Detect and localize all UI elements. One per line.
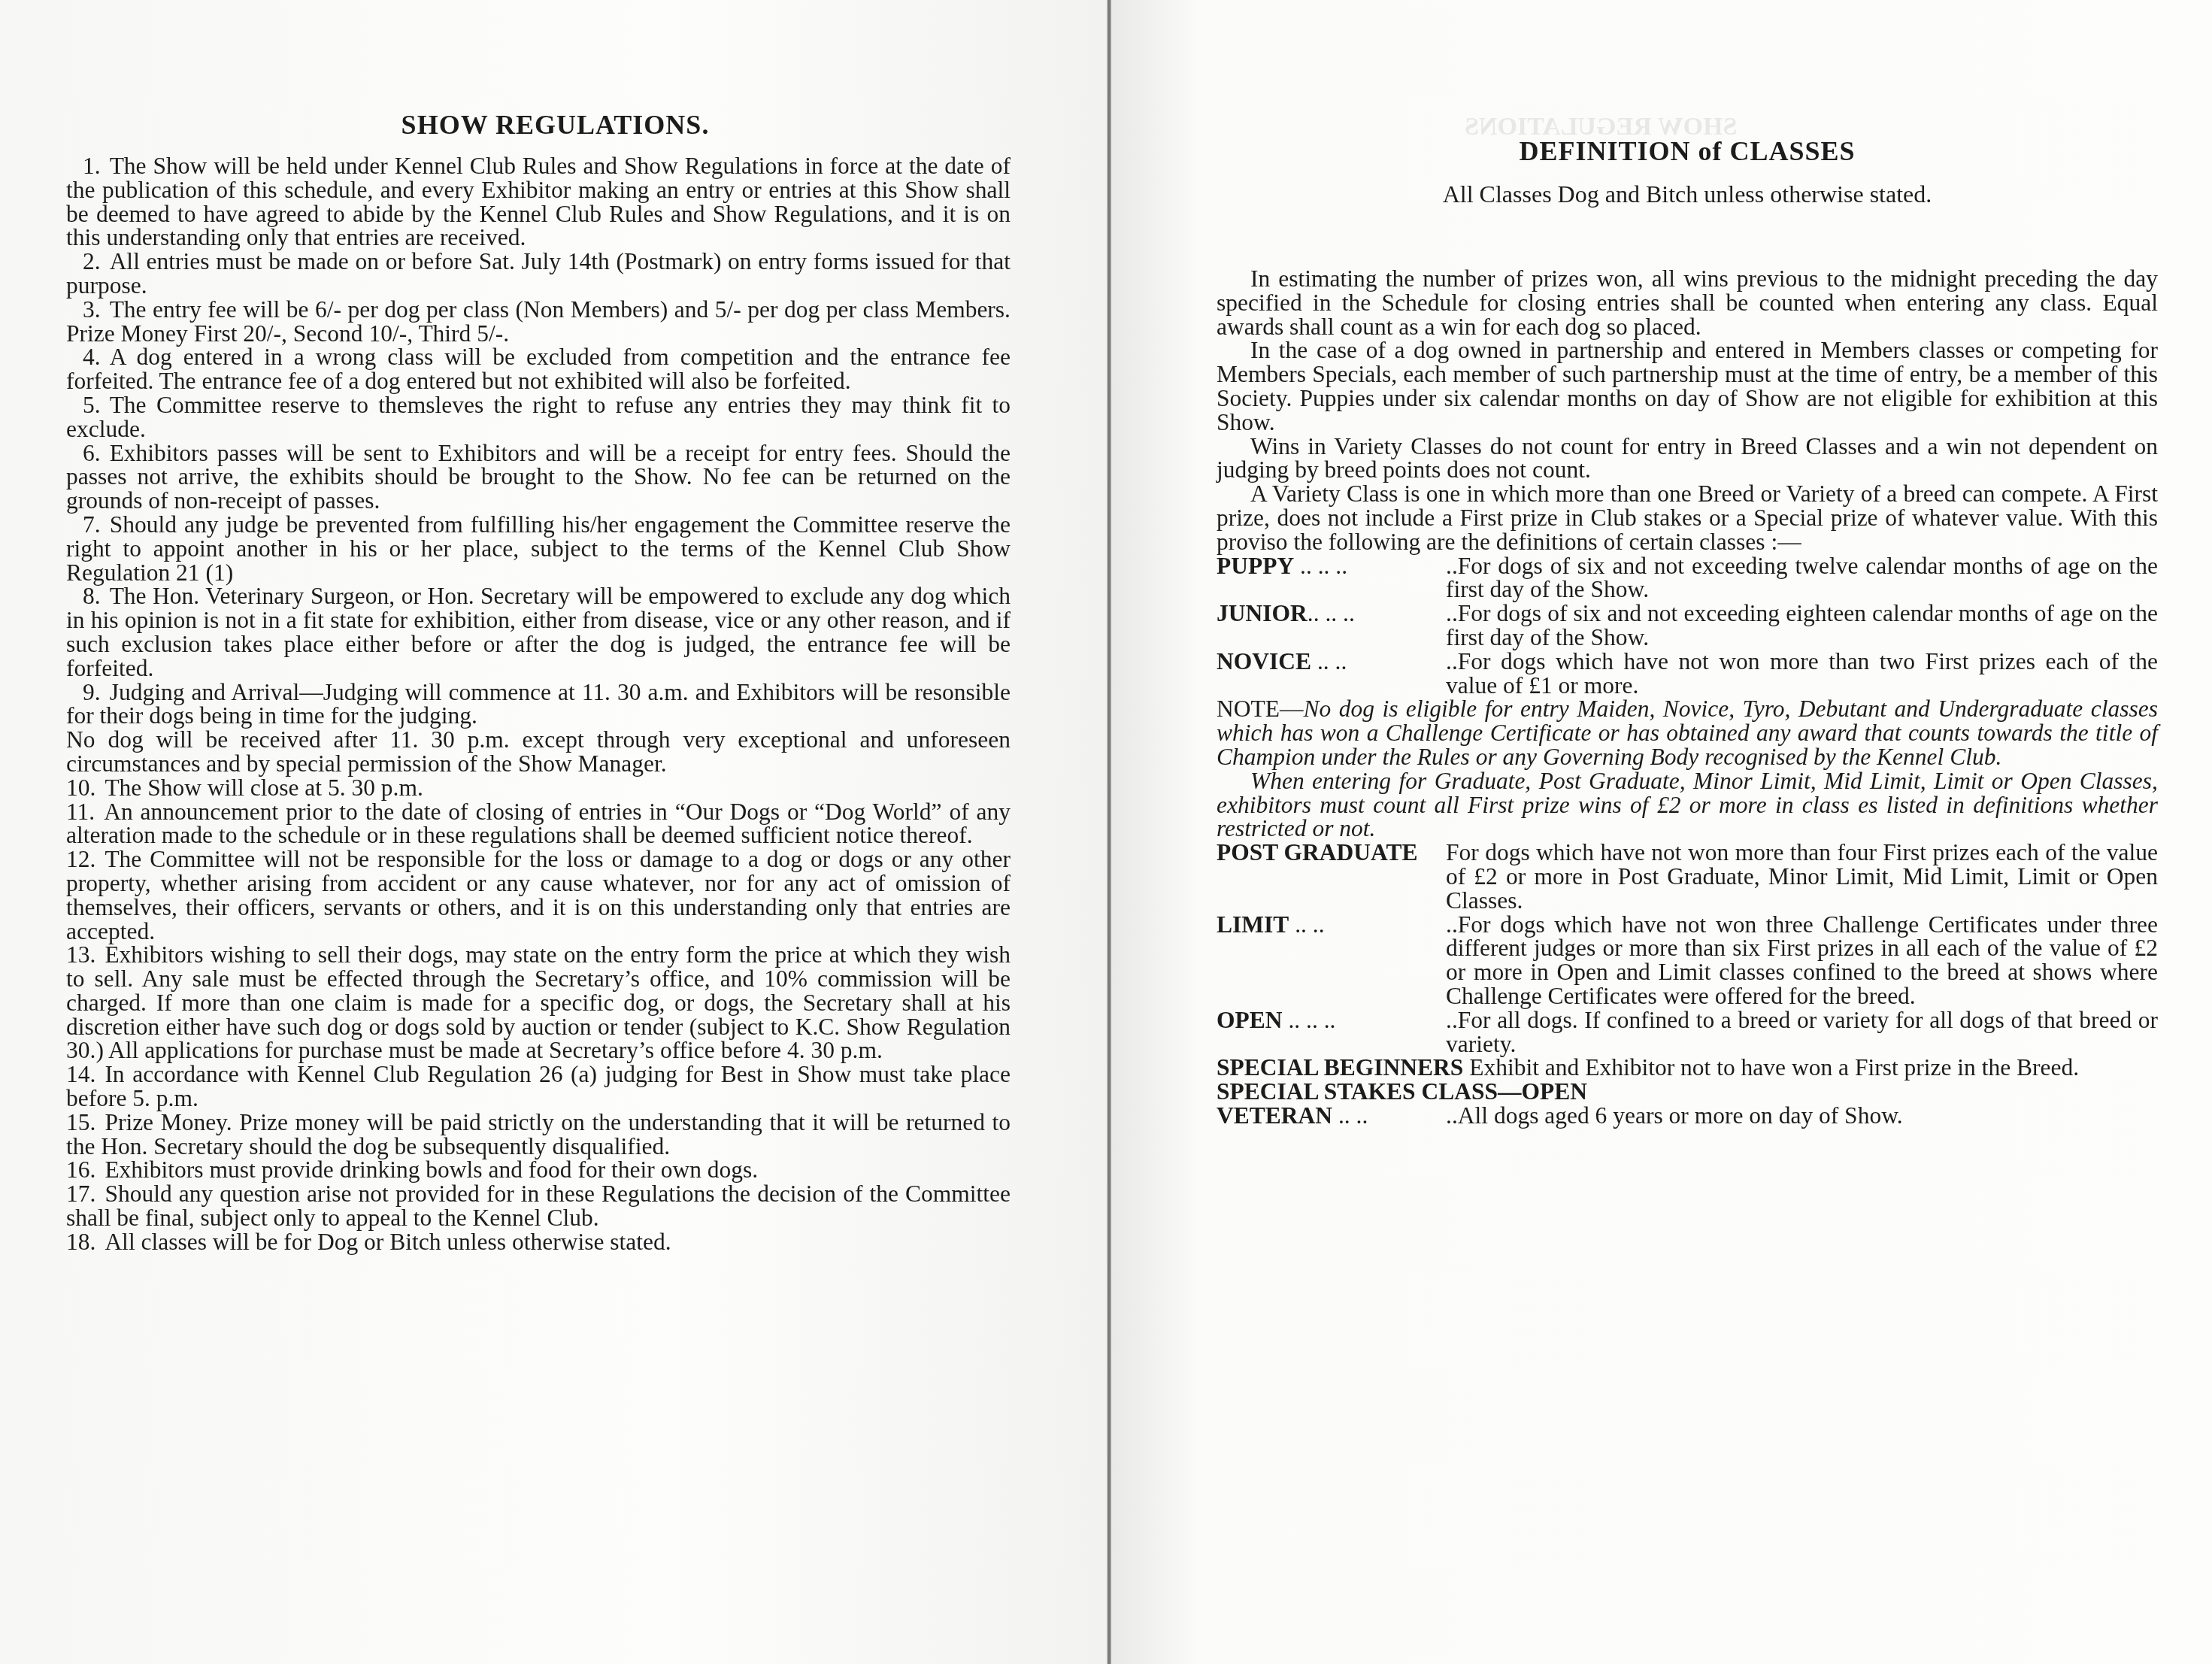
definition-of-classes-section: DEFINITION of CLASSES All Classes Dog an… <box>1217 135 2158 1128</box>
regulation-number: 14. <box>66 1062 95 1087</box>
regulation-number: 7. <box>83 513 101 537</box>
definition-description: ..For dogs of six and not exceeding eigh… <box>1446 602 2158 650</box>
italic-paragraph: When entering for Graduate, Post Graduat… <box>1217 769 2158 841</box>
right-page: SHOW REGULATIONS DEFINITION of CLASSES A… <box>1111 0 2212 1664</box>
regulation-text: The Committee will not be responsible fo… <box>66 846 1011 944</box>
regulation-item: 16.Exhibitors must provide drinking bowl… <box>66 1158 1011 1182</box>
regulation-text: Exhibitors passes will be sent to Exhibi… <box>66 440 1011 514</box>
document-spread: SHOW REGULATIONS. 1.The Show will be hel… <box>0 0 2212 1664</box>
definition-term: OPEN .. .. .. <box>1217 1008 1446 1056</box>
definition-novice: NOVICE .. ....For dogs which have not wo… <box>1217 650 2158 698</box>
regulation-item: 2.All entries must be made on or before … <box>66 250 1011 298</box>
definition-term: PUPPY .. .. .. <box>1217 554 1446 602</box>
note-text: No dog is eligible for entry Maiden, Nov… <box>1217 696 2158 770</box>
regulation-number: 5. <box>83 393 101 417</box>
regulation-item: 5.The Committee reserve to themsleves th… <box>66 393 1011 441</box>
definition-description: For dogs which have not won more than fo… <box>1446 841 2158 912</box>
definition-junior: JUNIOR.. .. ....For dogs of six and not … <box>1217 602 2158 650</box>
definition-description: ..All dogs aged 6 years or more on day o… <box>1446 1104 2158 1128</box>
regulation-text: Exhibitors must provide drinking bowls a… <box>105 1156 758 1183</box>
definition-limit: LIMIT .. ....For dogs which have not won… <box>1217 913 2158 1008</box>
left-page: SHOW REGULATIONS. 1.The Show will be hel… <box>0 0 1111 1664</box>
regulation-text: The Show will close at 5. 30 p.m. <box>105 774 423 801</box>
regulation-item: 8.The Hon. Veterinary Surgeon, or Hon. S… <box>66 584 1011 680</box>
definition-puppy: PUPPY .. .. ....For dogs of six and not … <box>1217 554 2158 602</box>
definition-veteran: VETERAN .. .. ..All dogs aged 6 years or… <box>1217 1104 2158 1128</box>
regulation-text: A dog entered in a wrong class will be e… <box>66 344 1011 394</box>
definition-term: JUNIOR.. .. .. <box>1217 602 1446 650</box>
regulation-item: 3.The entry fee will be 6/- per dog per … <box>66 298 1011 346</box>
regulation-text: The Committee reserve to themsleves the … <box>66 392 1011 442</box>
regulation-number: 9. <box>83 680 101 705</box>
regulation-item: 18.All classes will be for Dog or Bitch … <box>66 1230 1011 1254</box>
regulation-text: All entries must be made on or before Sa… <box>66 248 1011 299</box>
note-paragraph: NOTE—No dog is eligible for entry Maiden… <box>1217 697 2158 768</box>
intro-paragraph: A Variety Class is one in which more tha… <box>1217 482 2158 553</box>
regulation-item: 1.The Show will be held under Kennel Clu… <box>66 154 1011 250</box>
regulation-text: Prize Money. Prize money will be paid st… <box>66 1109 1011 1159</box>
definition-post-graduate: POST GRADUATEFor dogs which have not won… <box>1217 841 2158 912</box>
regulation-number: 15. <box>66 1111 95 1135</box>
regulation-item: 6.Exhibitors passes will be sent to Exhi… <box>66 441 1011 513</box>
definition-special-beginners: SPECIAL BEGINNERS Exhibit and Exhibitor … <box>1217 1056 2158 1080</box>
regulation-text: In accordance with Kennel Club Regulatio… <box>66 1061 1011 1111</box>
regulation-number: 8. <box>83 584 101 608</box>
regulation-number: 1. <box>83 154 101 178</box>
rules-list: 1.The Show will be held under Kennel Clu… <box>66 154 1011 1254</box>
regulation-text: The entry fee will be 6/- per dog per cl… <box>66 296 1011 347</box>
regulation-item: 9.Judging and Arrival—Judging will comme… <box>66 680 1011 729</box>
regulation-number: 2. <box>83 250 101 274</box>
note-label: NOTE— <box>1217 696 1303 722</box>
regulation-number: 16. <box>66 1158 95 1182</box>
show-regulations-section: SHOW REGULATIONS. 1.The Show will be hel… <box>66 109 1011 1254</box>
regulation-item: 17.Should any question arise not provide… <box>66 1182 1011 1230</box>
regulation-text: Should any judge be prevented from fulfi… <box>66 511 1011 586</box>
definition-open: OPEN .. .. ....For all dogs. If confined… <box>1217 1008 2158 1056</box>
intro-paragraphs: In estimating the number of prizes won, … <box>1217 267 2158 554</box>
section-subtitle: All Classes Dog and Bitch unless otherwi… <box>1217 180 2158 208</box>
regulation-item: 4.A dog entered in a wrong class will be… <box>66 345 1011 393</box>
definition-description: Exhibit and Exhibitor not to have won a … <box>1463 1056 2158 1080</box>
intro-paragraph: In estimating the number of prizes won, … <box>1217 267 2158 338</box>
regulation-item: 10.The Show will close at 5. 30 p.m. <box>66 776 1011 800</box>
definition-term: LIMIT .. .. <box>1217 913 1446 1008</box>
regulation-number: 13. <box>66 943 95 967</box>
definition-description: ..For dogs which have not won three Chal… <box>1446 913 2158 1008</box>
special-stakes-heading: SPECIAL STAKES CLASS—OPEN <box>1217 1080 2158 1104</box>
definition-description: ..For dogs which have not won more than … <box>1446 650 2158 698</box>
regulation-text: The Show will be held under Kennel Club … <box>66 153 1011 250</box>
regulation-item: 15.Prize Money. Prize money will be paid… <box>66 1111 1011 1159</box>
regulation-text: The Hon. Veterinary Surgeon, or Hon. Sec… <box>66 583 1011 680</box>
intro-paragraph: Wins in Variety Classes do not count for… <box>1217 435 2158 483</box>
regulation-item: 11.An announcement prior to the date of … <box>66 800 1011 848</box>
definition-term: SPECIAL BEGINNERS <box>1217 1056 1463 1080</box>
definitions-list-a: PUPPY .. .. ....For dogs of six and not … <box>1217 554 2158 698</box>
regulation-text: All classes will be for Dog or Bitch unl… <box>105 1229 671 1255</box>
definition-term: POST GRADUATE <box>1217 841 1446 912</box>
regulation-continuation: No dog will be received after 11. 30 p.m… <box>66 728 1011 776</box>
definition-term: NOVICE .. .. <box>1217 650 1446 698</box>
regulation-number: 18. <box>66 1230 95 1254</box>
definition-description: ..For all dogs. If confined to a breed o… <box>1446 1008 2158 1056</box>
section-title: DEFINITION of CLASSES <box>1217 135 2158 167</box>
page-title: SHOW REGULATIONS. <box>100 109 1011 141</box>
regulation-text: An announcement prior to the date of clo… <box>66 799 1011 849</box>
regulation-number: 10. <box>66 776 95 800</box>
regulation-number: 6. <box>83 441 101 465</box>
regulation-item: 7.Should any judge be prevented from ful… <box>66 513 1011 584</box>
definitions-list-b: POST GRADUATEFor dogs which have not won… <box>1217 841 2158 1056</box>
regulation-item: 12.The Committee will not be responsible… <box>66 847 1011 943</box>
regulation-item: 13.Exhibitors wishing to sell their dogs… <box>66 943 1011 1062</box>
regulation-number: 17. <box>66 1182 95 1206</box>
intro-paragraph: In the case of a dog owned in partnershi… <box>1217 338 2158 434</box>
regulation-number: 11. <box>66 800 95 824</box>
regulation-text: Exhibitors wishing to sell their dogs, m… <box>66 941 1011 1063</box>
definition-term: VETERAN .. .. <box>1217 1104 1446 1128</box>
regulation-number: 3. <box>83 298 101 322</box>
regulation-text: Judging and Arrival—Judging will commenc… <box>66 679 1011 729</box>
definition-description: ..For dogs of six and not exceeding twel… <box>1446 554 2158 602</box>
regulation-number: 12. <box>66 847 95 871</box>
regulation-number: 4. <box>83 345 101 369</box>
regulation-item: 14.In accordance with Kennel Club Regula… <box>66 1062 1011 1111</box>
regulation-text: Should any question arise not provided f… <box>66 1181 1011 1231</box>
